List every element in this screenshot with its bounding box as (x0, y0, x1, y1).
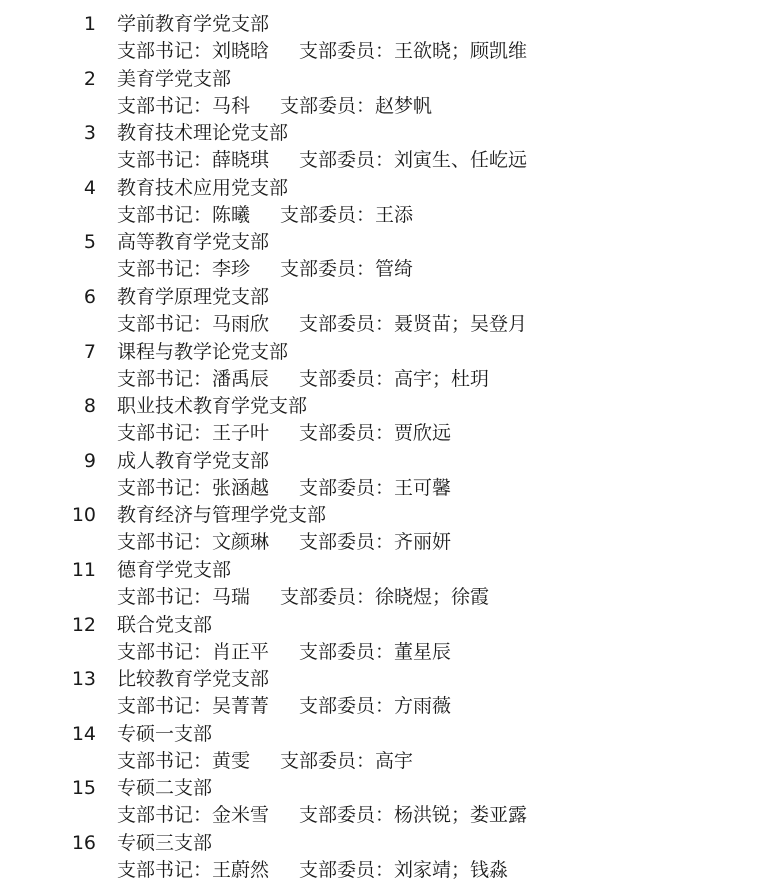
item-number: 6 (84, 284, 96, 311)
members-label: 支部委员： (299, 366, 394, 393)
item-number: 7 (84, 339, 96, 366)
members-label: 支部委员： (299, 529, 394, 556)
branch-detail: 支部书记：马瑞支部委员：徐晓煜；徐霞 (117, 584, 489, 611)
secretary-name: 李珍 (212, 256, 250, 283)
list-item: 13 比较教育学党支部 支部书记：吴菁菁支部委员：方雨薇 (0, 666, 774, 721)
branch-name: 专硕一支部 (117, 721, 212, 748)
list-item: 7 课程与教学论党支部 支部书记：潘禹辰支部委员：高宇；杜玥 (0, 339, 774, 394)
branch-detail: 支部书记：刘晓晗支部委员：王欲晓；顾凯维 (117, 38, 527, 65)
branch-name: 成人教育学党支部 (117, 448, 269, 475)
branch-detail: 支部书记：王蔚然支部委员：刘家靖；钱淼 (117, 857, 508, 884)
member-names: 杨洪锐；娄亚露 (394, 802, 527, 829)
list-item: 3 教育技术理论党支部 支部书记：薛晓琪支部委员：刘寅生、任屹远 (0, 120, 774, 175)
members-label: 支部委员： (299, 147, 394, 174)
secretary-label: 支部书记： (117, 93, 212, 120)
list-item: 9 成人教育学党支部 支部书记：张涵越支部委员：王可馨 (0, 448, 774, 503)
secretary-name: 张涵越 (212, 475, 269, 502)
secretary-name: 金米雪 (212, 802, 269, 829)
member-names: 聂贤苗；吴登月 (394, 311, 527, 338)
secretary-label: 支部书记： (117, 639, 212, 666)
item-number: 16 (72, 830, 96, 857)
list-item: 10 教育经济与管理学党支部 支部书记：文颜琳支部委员：齐丽妍 (0, 502, 774, 557)
branch-detail: 支部书记：吴菁菁支部委员：方雨薇 (117, 693, 451, 720)
secretary-name: 薛晓琪 (212, 147, 269, 174)
members-label: 支部委员： (280, 93, 375, 120)
secretary-label: 支部书记： (117, 857, 212, 884)
list-item: 15 专硕二支部 支部书记：金米雪支部委员：杨洪锐；娄亚露 (0, 775, 774, 830)
branch-detail: 支部书记：马科支部委员：赵梦帆 (117, 93, 432, 120)
branch-detail: 支部书记：潘禹辰支部委员：高宇；杜玥 (117, 366, 489, 393)
item-number: 5 (84, 229, 96, 256)
list-item: 1 学前教育学党支部 支部书记：刘晓晗支部委员：王欲晓；顾凯维 (0, 11, 774, 66)
member-names: 管绮 (375, 256, 413, 283)
list-item: 12 联合党支部 支部书记：肖正平支部委员：董星辰 (0, 612, 774, 667)
item-number: 9 (84, 448, 96, 475)
branch-detail: 支部书记：文颜琳支部委员：齐丽妍 (117, 529, 451, 556)
branch-detail: 支部书记：金米雪支部委员：杨洪锐；娄亚露 (117, 802, 527, 829)
members-label: 支部委员： (299, 38, 394, 65)
members-label: 支部委员： (299, 639, 394, 666)
branch-detail: 支部书记：马雨欣支部委员：聂贤苗；吴登月 (117, 311, 527, 338)
members-label: 支部委员： (280, 584, 375, 611)
secretary-name: 马科 (212, 93, 250, 120)
item-number: 4 (84, 175, 96, 202)
list-item: 16 专硕三支部 支部书记：王蔚然支部委员：刘家靖；钱淼 (0, 830, 774, 885)
members-label: 支部委员： (280, 748, 375, 775)
secretary-label: 支部书记： (117, 748, 212, 775)
secretary-label: 支部书记： (117, 802, 212, 829)
secretary-name: 吴菁菁 (212, 693, 269, 720)
branch-name: 教育经济与管理学党支部 (117, 502, 326, 529)
secretary-name: 肖正平 (212, 639, 269, 666)
list-item: 11 德育学党支部 支部书记：马瑞支部委员：徐晓煜；徐霞 (0, 557, 774, 612)
branch-name: 比较教育学党支部 (117, 666, 269, 693)
member-names: 齐丽妍 (394, 529, 451, 556)
branch-name: 课程与教学论党支部 (117, 339, 288, 366)
list-item: 8 职业技术教育学党支部 支部书记：王子叶支部委员：贾欣远 (0, 393, 774, 448)
item-number: 2 (84, 66, 96, 93)
branch-name: 美育学党支部 (117, 66, 231, 93)
members-label: 支部委员： (299, 420, 394, 447)
member-names: 高宇；杜玥 (394, 366, 489, 393)
secretary-name: 马瑞 (212, 584, 250, 611)
branch-detail: 支部书记：王子叶支部委员：贾欣远 (117, 420, 451, 447)
member-names: 刘寅生、任屹远 (394, 147, 527, 174)
member-names: 方雨薇 (394, 693, 451, 720)
party-branch-list: 1 学前教育学党支部 支部书记：刘晓晗支部委员：王欲晓；顾凯维 2 美育学党支部… (0, 11, 774, 885)
secretary-label: 支部书记： (117, 366, 212, 393)
member-names: 赵梦帆 (375, 93, 432, 120)
item-number: 10 (72, 502, 96, 529)
branch-name: 高等教育学党支部 (117, 229, 269, 256)
item-number: 11 (72, 557, 96, 584)
members-label: 支部委员： (299, 857, 394, 884)
list-item: 6 教育学原理党支部 支部书记：马雨欣支部委员：聂贤苗；吴登月 (0, 284, 774, 339)
secretary-name: 马雨欣 (212, 311, 269, 338)
branch-detail: 支部书记：薛晓琪支部委员：刘寅生、任屹远 (117, 147, 527, 174)
item-number: 15 (72, 775, 96, 802)
secretary-name: 文颜琳 (212, 529, 269, 556)
list-item: 4 教育技术应用党支部 支部书记：陈曦支部委员：王添 (0, 175, 774, 230)
secretary-label: 支部书记： (117, 420, 212, 447)
secretary-label: 支部书记： (117, 584, 212, 611)
branch-detail: 支部书记：张涵越支部委员：王可馨 (117, 475, 451, 502)
secretary-label: 支部书记： (117, 147, 212, 174)
list-item: 14 专硕一支部 支部书记：黄雯支部委员：高宇 (0, 721, 774, 776)
item-number: 8 (84, 393, 96, 420)
member-names: 贾欣远 (394, 420, 451, 447)
secretary-name: 潘禹辰 (212, 366, 269, 393)
branch-name: 专硕三支部 (117, 830, 212, 857)
branch-detail: 支部书记：黄雯支部委员：高宇 (117, 748, 413, 775)
member-names: 高宇 (375, 748, 413, 775)
secretary-name: 王蔚然 (212, 857, 269, 884)
item-number: 3 (84, 120, 96, 147)
branch-name: 德育学党支部 (117, 557, 231, 584)
secretary-label: 支部书记： (117, 202, 212, 229)
list-item: 5 高等教育学党支部 支部书记：李珍支部委员：管绮 (0, 229, 774, 284)
branch-detail: 支部书记：李珍支部委员：管绮 (117, 256, 413, 283)
item-number: 14 (72, 721, 96, 748)
member-names: 王欲晓；顾凯维 (394, 38, 527, 65)
branch-name: 专硕二支部 (117, 775, 212, 802)
secretary-name: 刘晓晗 (212, 38, 269, 65)
members-label: 支部委员： (280, 256, 375, 283)
branch-name: 学前教育学党支部 (117, 11, 269, 38)
branch-detail: 支部书记：陈曦支部委员：王添 (117, 202, 413, 229)
secretary-label: 支部书记： (117, 529, 212, 556)
members-label: 支部委员： (299, 802, 394, 829)
member-names: 王添 (375, 202, 413, 229)
member-names: 董星辰 (394, 639, 451, 666)
secretary-label: 支部书记： (117, 475, 212, 502)
secretary-label: 支部书记： (117, 256, 212, 283)
branch-name: 教育技术理论党支部 (117, 120, 288, 147)
secretary-name: 黄雯 (212, 748, 250, 775)
item-number: 1 (84, 11, 96, 38)
item-number: 13 (72, 666, 96, 693)
branch-detail: 支部书记：肖正平支部委员：董星辰 (117, 639, 451, 666)
secretary-name: 王子叶 (212, 420, 269, 447)
branch-name: 教育技术应用党支部 (117, 175, 288, 202)
member-names: 刘家靖；钱淼 (394, 857, 508, 884)
secretary-label: 支部书记： (117, 311, 212, 338)
secretary-label: 支部书记： (117, 693, 212, 720)
members-label: 支部委员： (299, 693, 394, 720)
branch-name: 职业技术教育学党支部 (117, 393, 307, 420)
secretary-label: 支部书记： (117, 38, 212, 65)
members-label: 支部委员： (299, 311, 394, 338)
members-label: 支部委员： (280, 202, 375, 229)
members-label: 支部委员： (299, 475, 394, 502)
list-item: 2 美育学党支部 支部书记：马科支部委员：赵梦帆 (0, 66, 774, 121)
branch-name: 联合党支部 (117, 612, 212, 639)
member-names: 王可馨 (394, 475, 451, 502)
member-names: 徐晓煜；徐霞 (375, 584, 489, 611)
branch-name: 教育学原理党支部 (117, 284, 269, 311)
item-number: 12 (72, 612, 96, 639)
secretary-name: 陈曦 (212, 202, 250, 229)
